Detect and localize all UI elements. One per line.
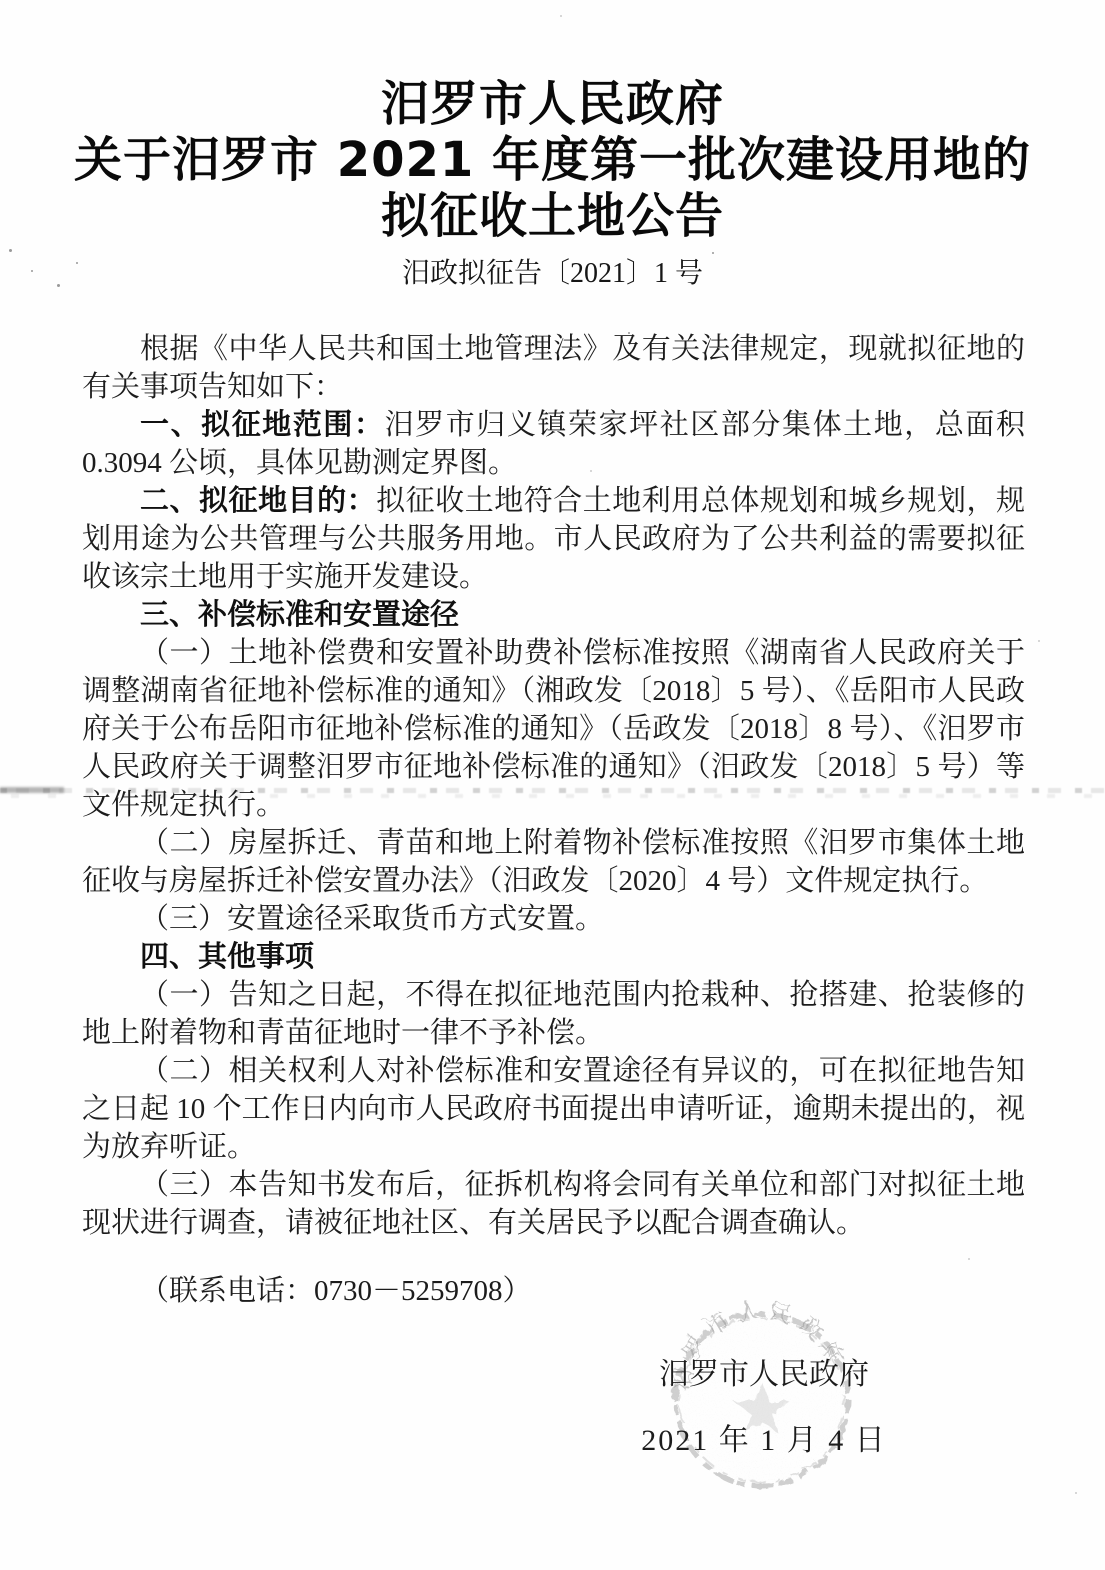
paragraph: （一）告知之日起，不得在拟征地范围内抢栽种、抢搭建、抢装修的地上附着物和青苗征地… <box>82 976 1025 1052</box>
paragraph: 三、补偿标准和安置途径 <box>82 596 1025 634</box>
scan-artifact-line <box>0 786 1105 799</box>
doc-number: 汨政拟征告〔2021〕1 号 <box>0 254 1105 294</box>
document-page: 汨罗市人民政府 关于汨罗市 2021 年度第一批次建设用地的 拟征收土地公告 汨… <box>0 0 1105 1570</box>
paragraph-text: （三）本告知书发布后，征拆机构将会同有关单位和部门对拟征土地现状进行调查，请被征… <box>82 1169 1025 1239</box>
paragraph-lead: 三、补偿标准和安置途径 <box>140 599 459 631</box>
paragraph-lead: 二、拟征地目的： <box>140 485 376 517</box>
paragraph-lead: 一、拟征地范围： <box>140 409 385 441</box>
paragraph: （三）安置途径采取货币方式安置。 <box>82 900 1025 938</box>
paragraph-text: （二）相关权利人对补偿标准和安置途径有异议的，可在拟征地告知之日起 10 个工作… <box>82 1055 1025 1163</box>
paragraph-lead: 四、其他事项 <box>140 941 314 973</box>
paragraph-list: 根据《中华人民共和国土地管理法》及有关法律规定，现就拟征地的有关事项告知如下： … <box>82 330 1025 1310</box>
paragraph: 二、拟征地目的：拟征收土地符合土地利用总体规划和城乡规划，规划用途为公共管理与公… <box>82 482 1025 596</box>
paragraph: （二）相关权利人对补偿标准和安置途径有异议的，可在拟征地告知之日起 10 个工作… <box>82 1052 1025 1166</box>
signature-org: 汨罗市人民政府 <box>624 1356 904 1394</box>
paragraph-text: （一）告知之日起，不得在拟征地范围内抢栽种、抢搭建、抢装修的地上附着物和青苗征地… <box>82 979 1025 1049</box>
paragraph: 四、其他事项 <box>82 938 1025 976</box>
paragraph-text: （三）安置途径采取货币方式安置。 <box>140 903 604 935</box>
title-line-2: 关于汨罗市 2021 年度第一批次建设用地的 <box>0 132 1105 188</box>
paragraph: 一、拟征地范围：汨罗市归义镇荣家坪社区部分集体土地，总面积 0.3094 公顷，… <box>82 406 1025 482</box>
signature-block: 汨罗市人民政府 2021 年 1 月 4 日 <box>624 1356 904 1460</box>
title-line-1: 汨罗市人民政府 <box>0 76 1105 132</box>
document-title: 汨罗市人民政府 关于汨罗市 2021 年度第一批次建设用地的 拟征收土地公告 <box>0 76 1105 244</box>
paragraph: 根据《中华人民共和国土地管理法》及有关法律规定，现就拟征地的有关事项告知如下： <box>82 330 1025 406</box>
paragraph: （三）本告知书发布后，征拆机构将会同有关单位和部门对拟征土地现状进行调查，请被征… <box>82 1166 1025 1242</box>
contact-line: （联系电话：0730－5259708） <box>82 1272 1025 1310</box>
paragraph-text: 根据《中华人民共和国土地管理法》及有关法律规定，现就拟征地的有关事项告知如下： <box>82 333 1025 403</box>
signature-date: 2021 年 1 月 4 日 <box>624 1422 904 1460</box>
paragraph-text: （二）房屋拆迁、青苗和地上附着物补偿标准按照《汨罗市集体土地征收与房屋拆迁补偿安… <box>82 827 1025 897</box>
paragraph: （二）房屋拆迁、青苗和地上附着物补偿标准按照《汨罗市集体土地征收与房屋拆迁补偿安… <box>82 824 1025 900</box>
title-line-3: 拟征收土地公告 <box>0 188 1105 244</box>
